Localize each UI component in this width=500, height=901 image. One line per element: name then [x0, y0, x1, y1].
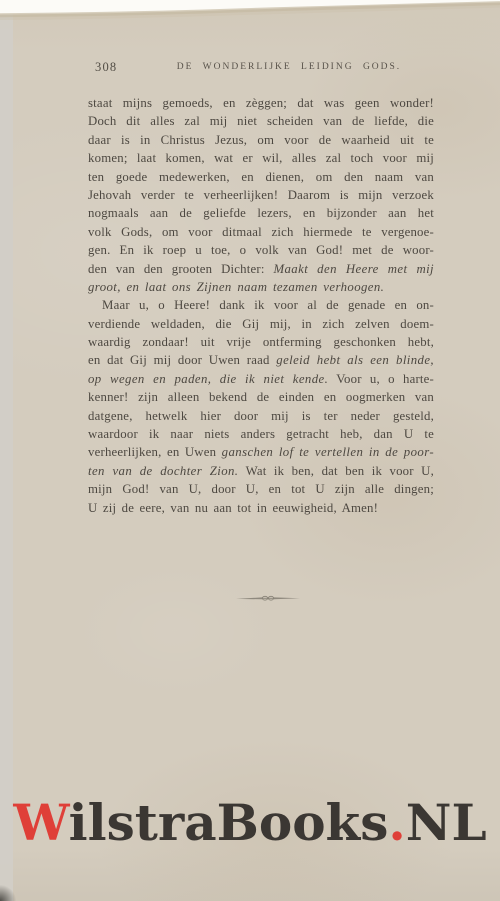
section-divider-ornament	[236, 591, 300, 605]
book-page-scan: 308 DE WONDERLIJKE LEIDING GODS. staat m…	[0, 0, 500, 901]
text-line: den van den grooten Dichter: Maakt den H…	[88, 260, 434, 278]
underlying-page-edge	[0, 13, 13, 901]
text-line: nogmaals aan de geliefde lezers, en bijz…	[88, 204, 434, 222]
watermark-name: ilstraBooks	[69, 793, 389, 852]
text-line: volk Gods, om voor ditmaal zich hiermede…	[88, 223, 434, 241]
text-line: waardoor ik naar niets anders getracht h…	[88, 425, 434, 443]
text-line: datgene, hetwelk hier door mij is ter ne…	[88, 407, 434, 425]
text-line: staat mijns gemoeds, en zèggen; dat was …	[88, 94, 434, 112]
text-line: Jehovah verder te verheerlijken! Daarom …	[88, 186, 434, 204]
text-line: U zij de eere, van nu aan tot in eeuwigh…	[88, 499, 434, 517]
text-line: ten van de dochter Zion. Wat ik ben, dat…	[88, 462, 434, 480]
watermark-initial: W	[13, 793, 68, 852]
page-number: 308	[95, 60, 117, 75]
watermark-tld: NL	[406, 793, 487, 852]
text-line: daar is in Christus Jezus, om voor de wa…	[88, 131, 434, 149]
body-text: staat mijns gemoeds, en zèggen; dat was …	[88, 94, 434, 517]
text-line: mijn God! van U, door U, en tot U zijn a…	[88, 480, 434, 498]
text-line: verdiende weldaden, die Gij mij, in zich…	[88, 315, 434, 333]
text-line: kenner! zijn alleen bekend de einden en …	[88, 388, 434, 406]
text-line: waardig zondaar! uit vrije ontferming ge…	[88, 333, 434, 351]
ornamental-rule-icon	[236, 591, 300, 605]
text-line: Doch dit alles zal mij niet scheiden van…	[88, 112, 434, 130]
text-line: op wegen en paden, die ik niet kende. Vo…	[88, 370, 434, 388]
text-line: komen; laat komen, wat er wil, alles zal…	[88, 149, 434, 167]
text-line: groot, en laat ons Zijnen naam tezamen v…	[88, 278, 434, 296]
text-line: ten goede medewerken, en dienen, om den …	[88, 168, 434, 186]
page-top-edge	[0, 0, 500, 26]
text-line: gen. En ik roep u toe, o volk van God! m…	[88, 241, 434, 259]
running-title: DE WONDERLIJKE LEIDING GODS.	[166, 62, 412, 72]
bookseller-watermark: WilstraBooks.NL	[0, 793, 500, 853]
text-line: verheerlijken, en Uwen ganschen lof te v…	[88, 443, 434, 461]
watermark-dot: .	[388, 793, 405, 852]
text-line: Maar u, o Heere! dank ik voor al de gena…	[88, 296, 434, 314]
bottom-left-shadow	[0, 885, 16, 901]
text-line: en dat Gij mij door Uwen raad geleid heb…	[88, 351, 434, 369]
